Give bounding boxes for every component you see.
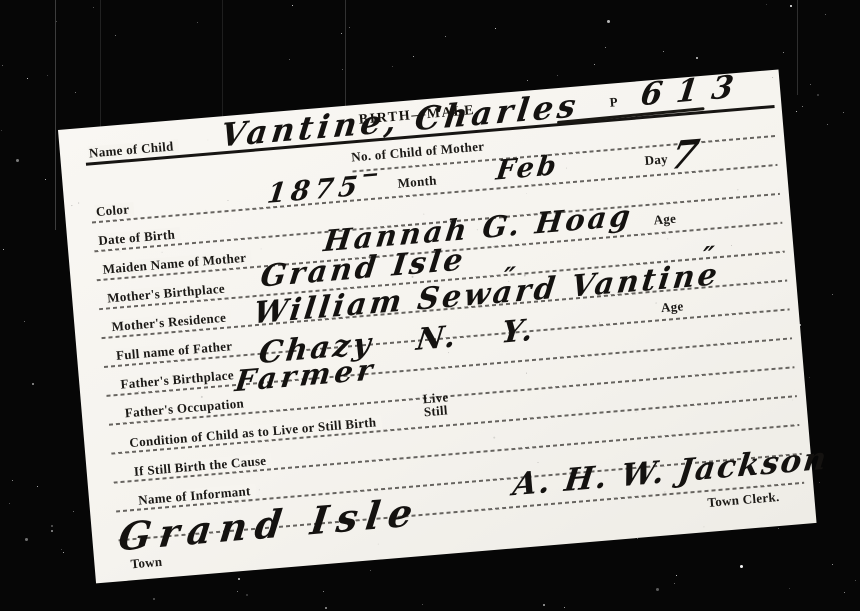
scratch-artifact — [55, 0, 56, 230]
scratch-artifact — [797, 0, 798, 95]
field-label-day: Day — [644, 152, 668, 168]
scanned-document: BIRTH—MALE. P 613 Name of Child No. of C… — [0, 0, 860, 611]
field-label-age-father: Age — [660, 299, 684, 315]
handwritten-month: Feb — [494, 150, 561, 187]
birth-record-card: BIRTH—MALE. P 613 Name of Child No. of C… — [58, 70, 817, 584]
option-label-still: Still — [423, 403, 448, 419]
page-prefix-label: P — [609, 95, 618, 110]
field-label-age-mother: Age — [653, 212, 677, 228]
scratch-artifact — [345, 0, 346, 120]
